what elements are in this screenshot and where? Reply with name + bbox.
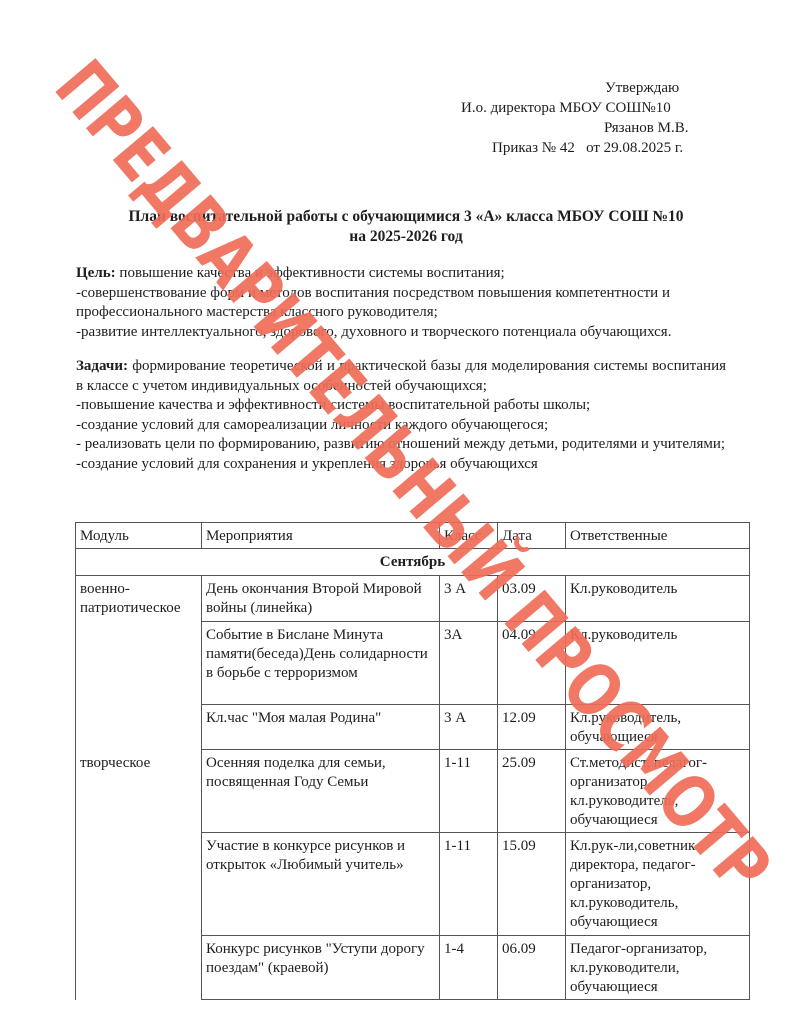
goal-item: -развитие интеллектуального, здорового, …	[76, 323, 726, 343]
cell-event: Осенняя поделка для семьи, посвященная Г…	[202, 750, 440, 833]
cell-event: Кл.час "Моя малая Родина"	[202, 705, 440, 750]
task-item: - реализовать цели по формированию, разв…	[76, 435, 726, 455]
cell-module	[76, 705, 202, 750]
table-row: военно-патриотическое День окончания Вто…	[76, 576, 750, 622]
cell-date: 06.09	[498, 936, 566, 1000]
cell-responsible: Кл.руководитель	[566, 576, 750, 622]
cell-module: военно-патриотическое	[76, 576, 202, 622]
cell-event: Событие в Бислане Минута памяти(беседа)Д…	[202, 622, 440, 705]
header-module: Модуль	[76, 523, 202, 549]
tasks-text: формирование теоретической и практическо…	[76, 358, 726, 394]
cell-module	[76, 622, 202, 705]
cell-class: 3А	[440, 622, 498, 705]
cell-date: 25.09	[498, 750, 566, 833]
cell-date: 04.09	[498, 622, 566, 705]
cell-class: 3 А	[440, 705, 498, 750]
title-line-2: на 2025-2026 год	[76, 227, 736, 247]
approval-heading: Утверждаю	[440, 78, 740, 98]
table-row: Конкурс рисунков "Уступи дорогу поездам"…	[76, 936, 750, 1000]
cell-module: творческое	[76, 750, 202, 833]
goal-text: повышение качества и эффективности систе…	[116, 265, 505, 281]
header-class: Класс	[440, 523, 498, 549]
month-label: Сентябрь	[76, 549, 750, 576]
title-line-1: План воспитательной работы с обучающимис…	[76, 207, 736, 227]
approval-name: Рязанов М.В.	[440, 118, 740, 138]
table-row: Событие в Бислане Минута памяти(беседа)Д…	[76, 622, 750, 705]
cell-date: 15.09	[498, 833, 566, 936]
approval-order: Приказ № 42 от 29.08.2025 г.	[440, 138, 740, 158]
goal-item: -совершенствование форм и методов воспит…	[76, 284, 726, 323]
tasks-label: Задачи:	[76, 358, 128, 374]
header-responsible: Ответственные	[566, 523, 750, 549]
cell-responsible: Кл.руководитель, обучающиеся	[566, 705, 750, 750]
header-date: Дата	[498, 523, 566, 549]
cell-event: Конкурс рисунков "Уступи дорогу поездам"…	[202, 936, 440, 1000]
cell-class: 1-11	[440, 833, 498, 936]
goal-label: Цель:	[76, 265, 116, 281]
document-page: Утверждаю И.о. директора МБОУ СОШ№10 Ряз…	[0, 0, 800, 1024]
table-row: творческое Осенняя поделка для семьи, по…	[76, 750, 750, 833]
cell-responsible: Кл.руководитель	[566, 622, 750, 705]
approval-block: Утверждаю И.о. директора МБОУ СОШ№10 Ряз…	[440, 78, 740, 158]
cell-module	[76, 833, 202, 936]
cell-responsible: Кл.рук-ли,советник директора, педагог-ор…	[566, 833, 750, 936]
plan-table: Модуль Мероприятия Класс Дата Ответствен…	[75, 522, 750, 1000]
table-row: Кл.час "Моя малая Родина" 3 А 12.09 Кл.р…	[76, 705, 750, 750]
table-row: Участие в конкурсе рисунков и открыток «…	[76, 833, 750, 936]
cell-responsible: Педагог-организатор, кл.руководители, об…	[566, 936, 750, 1000]
cell-responsible: Ст.методист, педагог-организатор, кл.рук…	[566, 750, 750, 833]
cell-class: 1-11	[440, 750, 498, 833]
approval-position: И.о. директора МБОУ СОШ№10	[440, 98, 740, 118]
cell-event: Участие в конкурсе рисунков и открыток «…	[202, 833, 440, 936]
tasks-section: Задачи: формирование теоретической и пра…	[76, 357, 726, 474]
cell-date: 03.09	[498, 576, 566, 622]
task-item: -создание условий для сохранения и укреп…	[76, 455, 726, 475]
cell-module	[76, 936, 202, 1000]
cell-event: День окончания Второй Мировой войны (лин…	[202, 576, 440, 622]
document-title: План воспитательной работы с обучающимис…	[76, 207, 736, 247]
cell-date: 12.09	[498, 705, 566, 750]
table-header-row: Модуль Мероприятия Класс Дата Ответствен…	[76, 523, 750, 549]
cell-class: 1-4	[440, 936, 498, 1000]
month-row: Сентябрь	[76, 549, 750, 576]
task-item: -создание условий для самореализации лич…	[76, 416, 726, 436]
header-events: Мероприятия	[202, 523, 440, 549]
cell-class: 3 А	[440, 576, 498, 622]
goal-section: Цель: повышение качества и эффективности…	[76, 264, 726, 342]
task-item: -повышение качества и эффективности сист…	[76, 396, 726, 416]
